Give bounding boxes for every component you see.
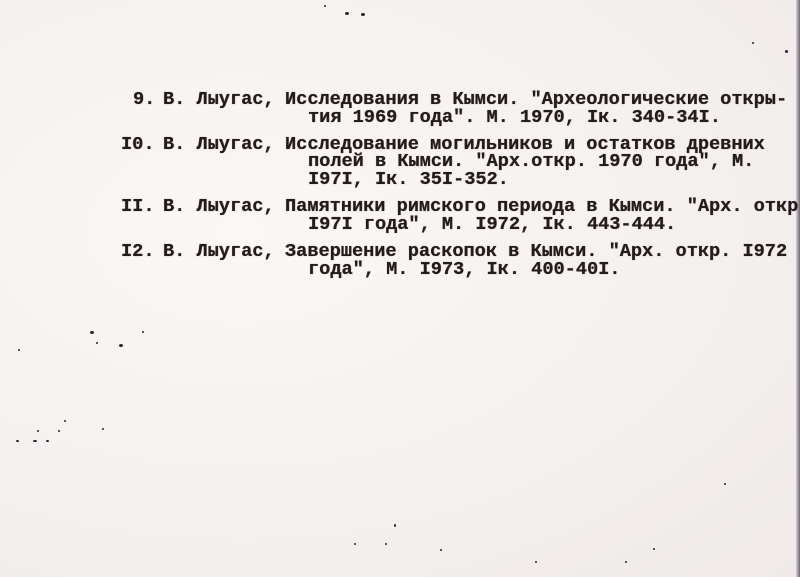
dust-speck <box>102 428 104 430</box>
entry-number: 9. <box>133 90 155 110</box>
dust-speck <box>58 430 60 432</box>
dust-speck <box>33 440 37 442</box>
entry-text-line: I97I года", М. I972, Iк. 443-444. <box>308 215 676 235</box>
dust-speck <box>785 50 788 53</box>
dust-speck <box>345 12 349 15</box>
dust-speck <box>440 549 442 551</box>
dust-speck <box>64 420 66 422</box>
dust-speck <box>324 5 326 7</box>
dust-speck <box>18 349 20 351</box>
dust-speck <box>724 483 726 485</box>
entry-number: I0. <box>121 135 154 155</box>
entry-text-line: тия 1969 года". М. 1970, Iк. 340-34I. <box>308 108 721 128</box>
entry-author: В. Лыугас, <box>163 135 275 155</box>
entry-number: I2. <box>121 242 154 262</box>
bibliography-list: 9. В. Лыугас, Исследования в Кымси. "Арх… <box>0 0 800 577</box>
dust-speck <box>46 440 49 442</box>
dust-speck <box>361 13 365 16</box>
entry-number: II. <box>121 197 154 217</box>
dust-speck <box>653 548 655 550</box>
dust-speck <box>90 331 94 334</box>
dust-speck <box>96 342 98 344</box>
dust-speck <box>142 331 144 333</box>
entry-author: В. Лыугас, <box>163 90 275 110</box>
dust-speck <box>119 344 123 347</box>
dust-speck <box>16 440 19 442</box>
entry-author: В. Лыугас, <box>163 242 275 262</box>
entry-author: В. Лыугас, <box>163 197 275 217</box>
dust-speck <box>752 42 754 44</box>
dust-speck <box>394 524 396 527</box>
dust-speck <box>625 561 627 563</box>
dust-speck <box>535 561 537 563</box>
entry-text-line: I97I, Iк. 35I-352. <box>308 170 509 190</box>
dust-speck <box>354 543 356 545</box>
dust-speck <box>385 543 387 545</box>
entry-text-line: года", М. I973, Iк. 400-40I. <box>308 260 620 280</box>
dust-speck <box>37 430 39 432</box>
